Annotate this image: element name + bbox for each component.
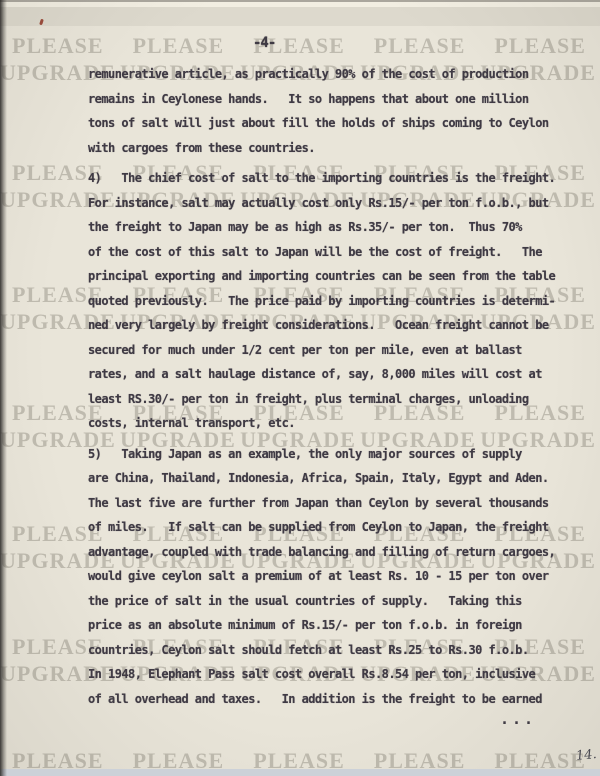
typewritten-line: tons of salt will just about fill the ho… xyxy=(88,111,568,136)
scanned-document-page: PLEASEPLEASEPLEASEPLEASEPLEASEUPGRADEUPG… xyxy=(0,0,600,776)
typewritten-line: countries, Ceylon salt should fetch at l… xyxy=(88,638,568,663)
typewritten-line: of the cost of this salt to Japan will b… xyxy=(88,240,568,265)
watermark-word: PLEASE xyxy=(12,33,104,59)
typewritten-line: For instance, salt may actually cost onl… xyxy=(88,191,568,216)
typewritten-line: the freight to Japan may be as high as R… xyxy=(88,215,568,240)
watermark-row-please-0: PLEASEPLEASEPLEASEPLEASEPLEASE xyxy=(12,33,586,59)
document-text: remunerative article, as practically 90%… xyxy=(88,62,568,711)
paragraph-2: 4) The chief cost of salt to the importi… xyxy=(88,166,568,436)
typewritten-line: remunerative article, as practically 90%… xyxy=(88,62,568,87)
watermark-word: PLEASE xyxy=(374,33,466,59)
typewritten-line: rates, and a salt haulage distance of, s… xyxy=(88,362,568,387)
typewritten-line: price as an absolute minimum of Rs.15/- … xyxy=(88,613,568,638)
continuation-dots: ... xyxy=(500,710,536,728)
typewritten-line: of all overhead and taxes. In addition i… xyxy=(88,687,568,712)
typewritten-line: remains in Ceylonese hands. It so happen… xyxy=(88,87,568,112)
typewritten-line: the price of salt in the usual countries… xyxy=(88,589,568,614)
typewritten-line: would give ceylon salt a premium of at l… xyxy=(88,564,568,589)
page-number-bottom-handwritten: 14. xyxy=(575,747,597,764)
typewritten-line: 5) Taking Japan as an example, the only … xyxy=(88,442,568,467)
typewritten-line: costs, internal transport, etc. xyxy=(88,411,568,436)
paragraph-1: remunerative article, as practically 90%… xyxy=(88,62,568,160)
watermark-word: PLEASE xyxy=(133,33,225,59)
typewritten-line: are China, Thailand, Indonesia, Africa, … xyxy=(88,466,568,491)
typewritten-line: of miles. If salt can be supplied from C… xyxy=(88,515,568,540)
typewritten-line: In 1948, Elephant Pass salt cost overall… xyxy=(88,662,568,687)
typewritten-line: 4) The chief cost of salt to the importi… xyxy=(88,166,568,191)
typewritten-line: The last five are further from Japan tha… xyxy=(88,491,568,516)
typewritten-line: secured for much under 1/2 cent per ton … xyxy=(88,338,568,363)
watermark-word: PLEASE xyxy=(494,33,586,59)
page-number-top: -4- xyxy=(253,35,275,51)
paragraph-3: 5) Taking Japan as an example, the only … xyxy=(88,442,568,712)
typewritten-line: quoted previously. The price paid by imp… xyxy=(88,289,568,314)
typewritten-line: advantage, coupled with trade balancing … xyxy=(88,540,568,565)
typewritten-line: with cargoes from these countries. xyxy=(88,136,568,161)
typewritten-line: principal exporting and importing countr… xyxy=(88,264,568,289)
typewritten-line: ned very largely by freight consideratio… xyxy=(88,313,568,338)
typewritten-line: least RS.30/- per ton in freight, plus t… xyxy=(88,387,568,412)
scan-left-edge xyxy=(0,0,7,776)
scan-bottom-edge xyxy=(0,769,600,776)
